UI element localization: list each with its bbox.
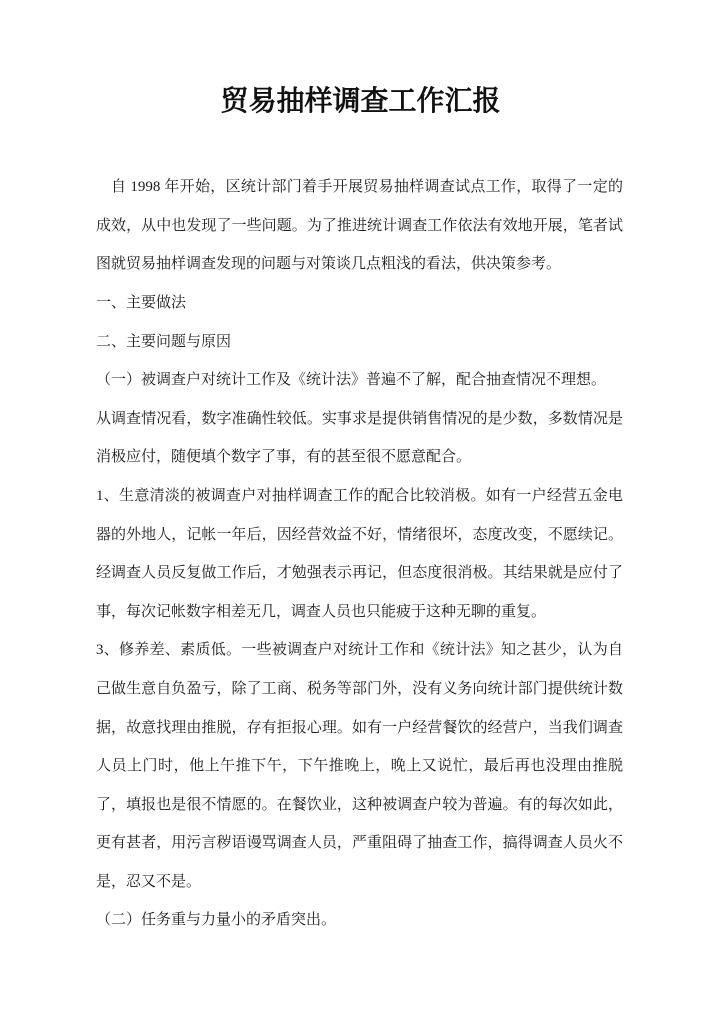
body-paragraph-intro: 自 1998 年开始，区统计部门着手开展贸易抽样调查试点工作，取得了一定的成效，… (96, 168, 623, 284)
document-body: 自 1998 年开始，区统计部门着手开展贸易抽样调查试点工作，取得了一定的成效，… (96, 168, 623, 940)
subsection-heading-2-2: （二）任务重与力量小的矛盾突出。 (96, 901, 623, 940)
body-paragraph-item-3: 3、修养差、素质低。一些被调查户对统计工作和《统计法》知之甚少，认为自己做生意自… (96, 631, 623, 901)
body-paragraph-item-1: 1、生意清淡的被调查户对抽样调查工作的配合比较消极。如有一户经营五金电器的外地人… (96, 477, 623, 631)
document-page: 贸易抽样调查工作汇报 自 1998 年开始，区统计部门着手开展贸易抽样调查试点工… (0, 0, 721, 1020)
section-heading-1: 一、主要做法 (96, 284, 623, 323)
body-paragraph-survey-accuracy: 从调查情况看，数字准确性较低。实事求是提供销售情况的是少数，多数情况是消极应付，… (96, 400, 623, 477)
subsection-heading-2-1: （一）被调查户对统计工作及《统计法》普遍不了解，配合抽查情况不理想。 (96, 361, 623, 400)
document-title: 贸易抽样调查工作汇报 (0, 0, 721, 118)
section-heading-2: 二、主要问题与原因 (96, 323, 623, 362)
